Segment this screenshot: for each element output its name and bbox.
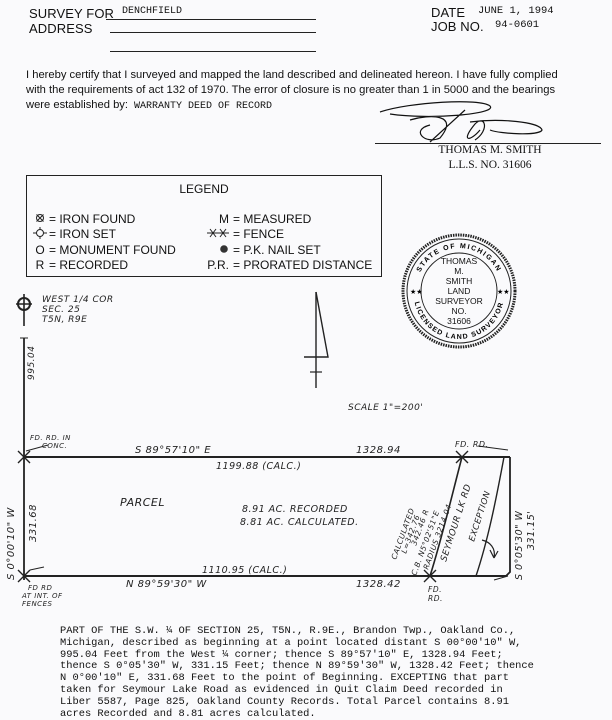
svg-text:N 89°59'30" W: N 89°59'30" W [126, 579, 207, 590]
legend-item-iron-found: = IRON FOUND [31, 212, 176, 227]
fence-icon [195, 227, 229, 243]
legend-left-column: = IRON FOUND = IRON SET O = MONUMENT FOU… [31, 212, 176, 273]
survey-for-value: DENCHFIELD [122, 6, 182, 17]
surveyor-block: THOMAS M. SMITH L.L.S. NO. 31606 [410, 143, 570, 173]
svg-text:EXCEPTION: EXCEPTION [467, 490, 493, 543]
svg-text:T5N, R9E: T5N, R9E [42, 315, 87, 325]
cert-line-1: I hereby certify that I surveyed and map… [26, 68, 606, 83]
prorated-symbol: P.R. [195, 258, 229, 273]
svg-text:8.81 AC. CALCULATED.: 8.81 AC. CALCULATED. [240, 517, 359, 528]
legend-item-monument-found: O = MONUMENT FOUND [31, 243, 176, 258]
svg-text:331.68: 331.68 [28, 504, 39, 542]
survey-for-line [106, 19, 316, 20]
legend-item-recorded: R = RECORDED [31, 258, 176, 273]
recorded-symbol: R [31, 258, 49, 273]
surveyor-license: L.L.S. NO. 31606 [410, 158, 570, 173]
svg-text:SEC. 25: SEC. 25 [42, 305, 80, 315]
svg-text:CONC.: CONC. [42, 442, 67, 450]
survey-drawing: WEST 1/4 COR SEC. 25 T5N, R9E 995.04 SCA… [0, 280, 612, 625]
bearings-basis: WARRANTY DEED OF RECORD [134, 101, 272, 112]
svg-text:1199.88 (CALC.): 1199.88 (CALC.) [216, 461, 301, 472]
legend-item-prorated: P.R. = PRORATED DISTANCE [195, 258, 372, 273]
svg-text:S 0°05'30" W: S 0°05'30" W [514, 510, 525, 580]
svg-text:WEST 1/4 COR: WEST 1/4 COR [42, 295, 114, 305]
surveyor-name: THOMAS M. SMITH [410, 143, 570, 158]
svg-text:331.15': 331.15' [526, 511, 537, 550]
svg-text:RD.: RD. [428, 594, 443, 603]
legal-description: PART OF THE S.W. ¼ OF SECTION 25, T5N., … [60, 626, 612, 720]
legend-title: LEGEND [27, 182, 381, 196]
svg-text:AT INT. OF: AT INT. OF [21, 592, 63, 600]
legend-item-measured: M = MEASURED [195, 212, 372, 227]
svg-text:S 89°57'10" E: S 89°57'10" E [135, 445, 211, 456]
svg-text:FD. RD.: FD. RD. [455, 440, 489, 449]
date-value: JUNE 1, 1994 [478, 5, 554, 17]
legend-item-iron-set: = IRON SET [31, 227, 176, 243]
address-label: ADDRESS [29, 21, 93, 36]
address-line-1 [110, 32, 316, 33]
svg-text:PARCEL: PARCEL [120, 496, 165, 509]
job-no-label: JOB NO. [431, 19, 484, 34]
date-label: DATE [431, 5, 465, 20]
svg-text:FD RD: FD RD [28, 584, 53, 592]
svg-text:1110.95 (CALC.): 1110.95 (CALC.) [202, 565, 287, 576]
svg-text:1328.42: 1328.42 [356, 579, 401, 590]
svg-text:995.04: 995.04 [27, 346, 37, 381]
cert-line-3: were established by: [26, 99, 128, 111]
legend-item-fence: = FENCE [195, 227, 372, 243]
pk-nail-icon [195, 243, 229, 258]
job-no-value: 94-0601 [495, 19, 539, 31]
legend-item-pk-nail: = P.K. NAIL SET [195, 243, 372, 258]
iron-set-icon [31, 227, 49, 243]
address-line-2 [110, 51, 316, 52]
svg-text:8.91 AC. RECORDED: 8.91 AC. RECORDED [242, 504, 348, 515]
svg-text:S 0°00'10" W: S 0°00'10" W [6, 507, 17, 580]
svg-text:FD.: FD. [428, 585, 442, 594]
svg-text:FENCES: FENCES [22, 600, 52, 608]
survey-for-label: SURVEY FOR [29, 6, 114, 21]
cert-line-2: with the requirements of act 132 of 1970… [26, 83, 606, 98]
signature [370, 100, 570, 145]
monument-found-icon: O [31, 243, 49, 258]
svg-text:1328.94: 1328.94 [356, 445, 401, 456]
svg-text:FD. RD. IN: FD. RD. IN [30, 434, 71, 442]
svg-text:SCALE 1"=200': SCALE 1"=200' [348, 403, 423, 413]
measured-symbol: M [195, 212, 229, 227]
iron-found-icon [31, 212, 49, 227]
legend: LEGEND = IRON FOUND = IRON SET O = MONUM… [26, 175, 382, 277]
legend-right-column: M = MEASURED = FENCE = P.K. NAIL SET P.R… [195, 212, 372, 273]
